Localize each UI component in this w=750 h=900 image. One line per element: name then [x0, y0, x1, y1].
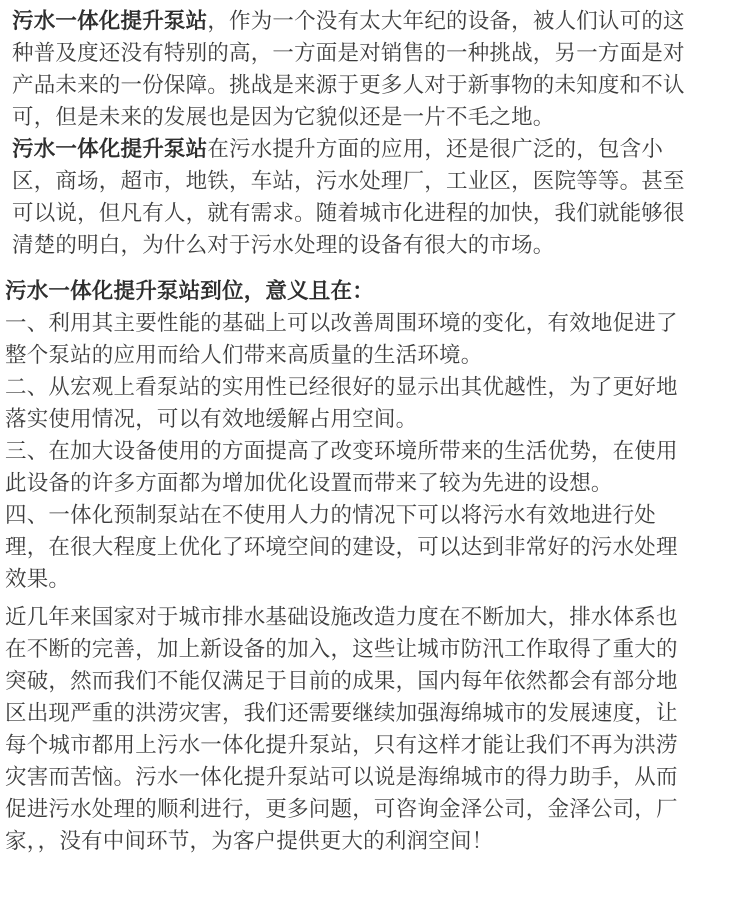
article-body: 污水一体化提升泵站，作为一个没有太大年纪的设备，被人们认可的这种普及度还没有特别… [0, 0, 750, 858]
conclusion-paragraph: 近几年来国家对于城市排水基础设施改造力度在不断加大，排水体系也在不断的完善，加上… [0, 602, 693, 858]
intro-paragraph: 污水一体化提升泵站，作为一个没有太大年纪的设备，被人们认可的这种普及度还没有特别… [0, 6, 692, 134]
significance-item-2: 二、从宏观上看泵站的实用性已经很好的显示出其优越性，为了更好地落实使用情况，可以… [0, 372, 693, 436]
product-name-bold: 污水一体化提升泵站 [12, 9, 207, 34]
application-paragraph: 污水一体化提升泵站在污水提升方面的应用，还是很广泛的，包含小区，商场，超市，地铁… [0, 134, 692, 262]
significance-item-1: 一、利用其主要性能的基础上可以改善周围环境的变化，有效地促进了整个泵站的应用而给… [0, 308, 693, 372]
significance-item-4: 四、一体化预制泵站在不使用人力的情况下可以将污水有效地进行处理，在很大程度上优化… [0, 500, 693, 596]
product-name-bold: 污水一体化提升泵站 [12, 137, 207, 162]
significance-item-3: 三、在加大设备使用的方面提高了改变环境所带来的生活优势，在使用此设备的许多方面都… [0, 436, 693, 500]
significance-heading: 污水一体化提升泵站到位，意义且在： [0, 276, 693, 308]
